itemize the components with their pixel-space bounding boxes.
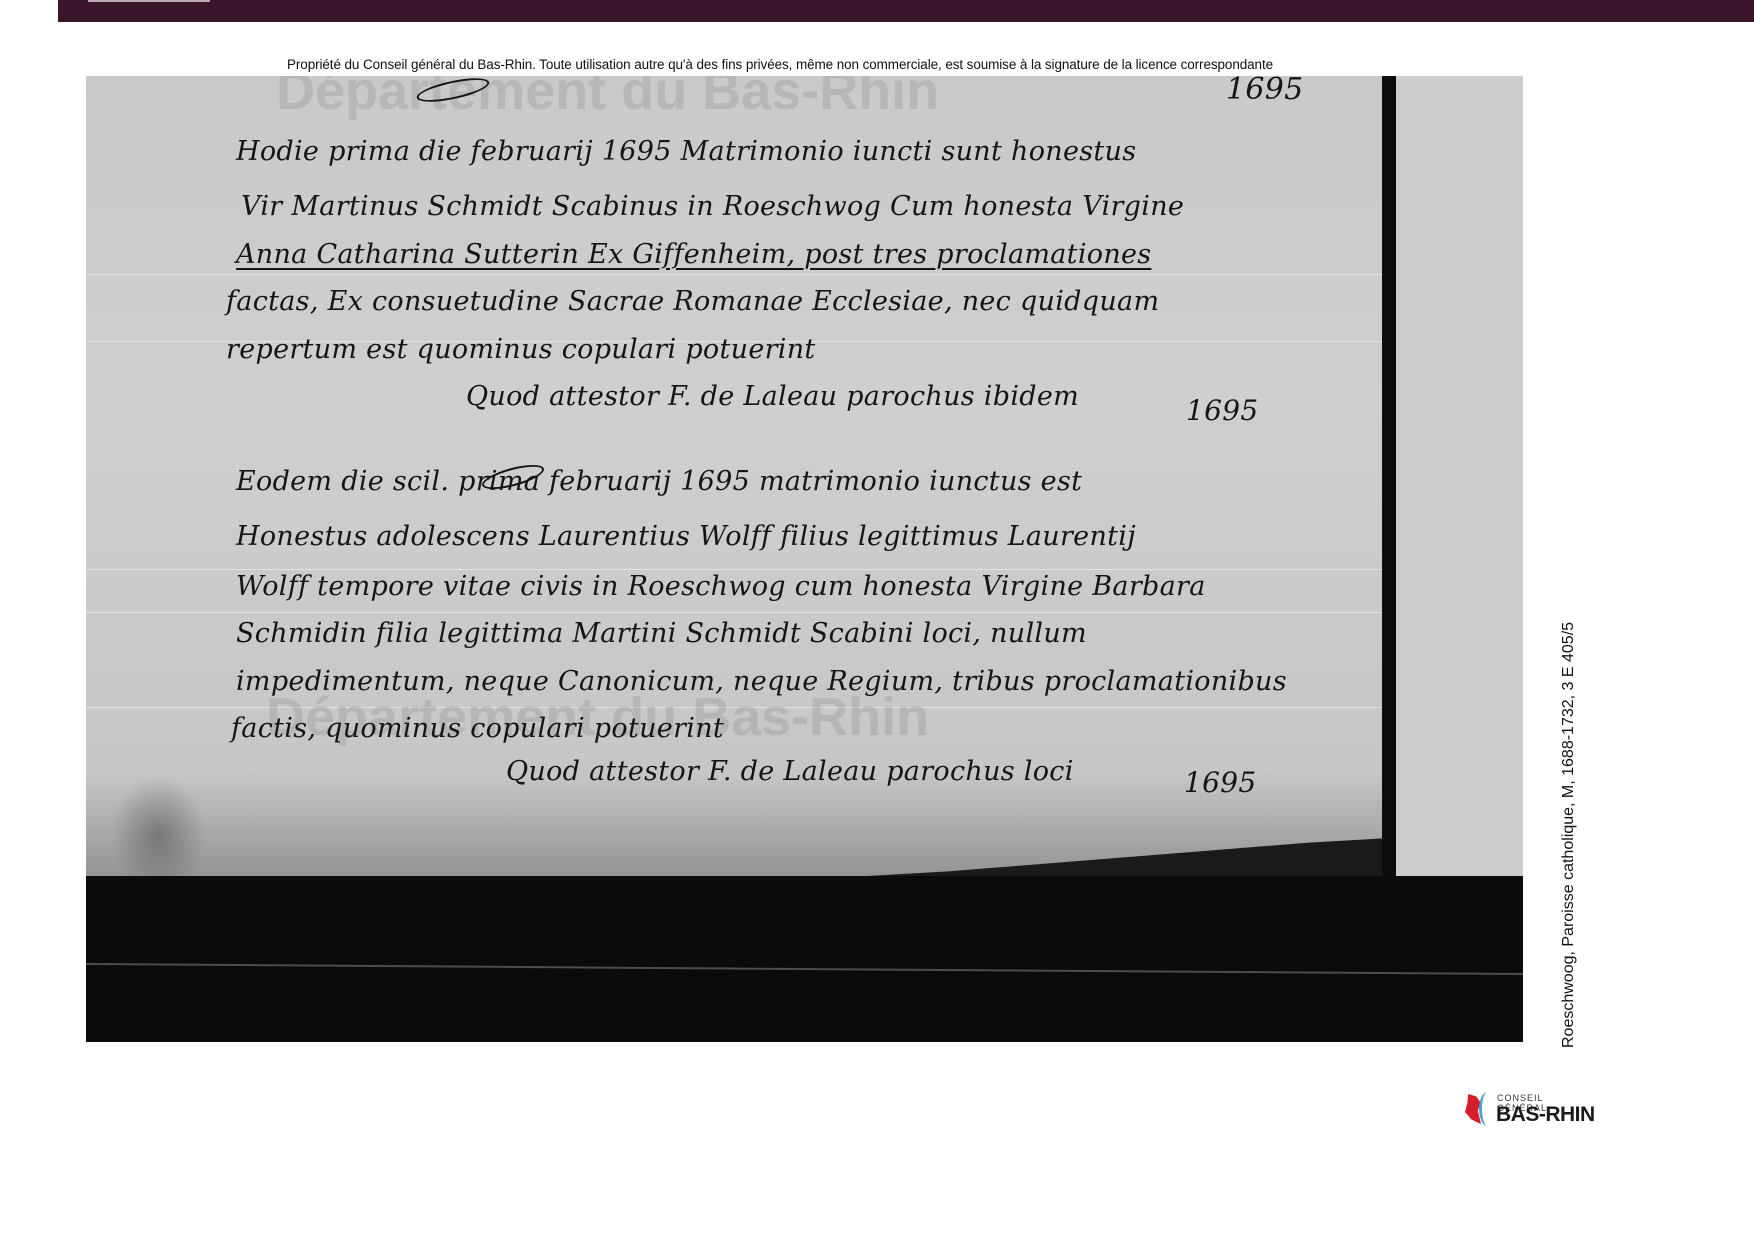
entry-2-line: factis, quominus copulari potuerint	[231, 713, 724, 744]
archive-reference: Roeschwoog, Paroisse catholique, M, 1688…	[1560, 622, 1578, 1048]
header-bar	[58, 0, 1754, 22]
entry-2-attestation: Quod attestor F. de Laleau parochus loci	[506, 756, 1074, 787]
header-tab[interactable]	[88, 0, 210, 2]
paper-ruling	[86, 612, 1523, 613]
conseil-general-logo: CONSEIL GÉNÉRAL BAS-RHIN	[1465, 1092, 1595, 1128]
date-mark: 1695	[1186, 394, 1258, 427]
facing-page-margin	[1396, 76, 1523, 884]
entry-2-line: Honestus adolescens Laurentius Wolff fil…	[236, 521, 1136, 552]
entry-2-line: Schmidin filia legittima Martini Schmidt…	[236, 618, 1087, 649]
scan-edge-line	[86, 963, 1523, 975]
entry-1-line: repertum est quominus copulari potuerint	[226, 334, 816, 365]
copyright-notice: Propriété du Conseil général du Bas-Rhin…	[0, 57, 1560, 72]
register-page: Département du Bas-Rhin Département du B…	[86, 76, 1523, 896]
entry-1-line: Anna Catharina Sutterin Ex Giffenheim, p…	[236, 239, 1151, 270]
entry-1-attestation: Quod attestor F. de Laleau parochus ibid…	[466, 381, 1079, 412]
entry-1-line: Vir Martinus Schmidt Scabinus in Roeschw…	[241, 191, 1184, 222]
archive-scan-image: Département du Bas-Rhin Département du B…	[86, 76, 1523, 1042]
watermark-top: Département du Bas-Rhin	[276, 76, 939, 122]
entry-2-line: Eodem die scil. prima februarij 1695 mat…	[236, 466, 1082, 497]
binding-line	[1382, 76, 1396, 906]
scan-background	[86, 876, 1523, 1042]
paper-ruling	[86, 569, 1523, 570]
entry-2-line: impedimentum, neque Canonicum, neque Reg…	[236, 666, 1287, 697]
entry-1-line: Hodie prima die februarij 1695 Matrimoni…	[236, 136, 1136, 167]
logo-line2: BAS-RHIN	[1496, 1103, 1595, 1127]
logo-arc-icon	[1479, 1092, 1496, 1126]
entry-2-line: Wolff tempore vitae civis in Roeschwog c…	[236, 571, 1206, 602]
paper-ruling	[86, 274, 1523, 275]
date-mark: 1695	[1184, 766, 1256, 799]
date-mark: 1695	[1226, 76, 1304, 107]
entry-1-line: factas, Ex consuetudine Sacrae Romanae E…	[226, 286, 1159, 317]
